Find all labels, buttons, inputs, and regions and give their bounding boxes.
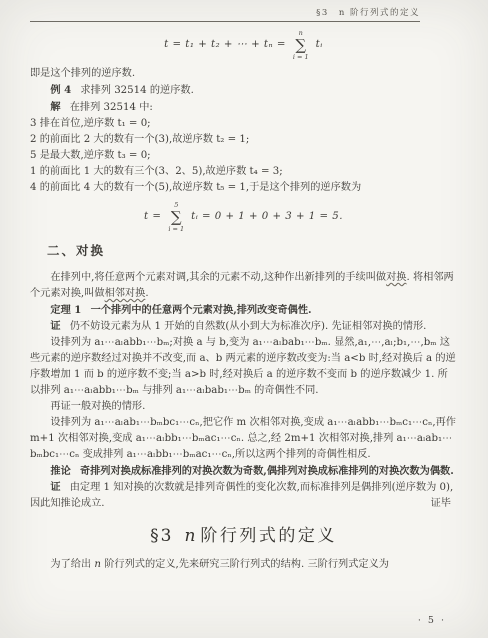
corollary-proof-text: 由定理 1 知对换的次数就是排列奇偶性的变化次数,而标准排列是偶排列(逆序数为 … <box>30 482 453 509</box>
formula-right-expression: tᵢ = 0 + 1 + 0 + 3 + 1 = 5. <box>191 209 343 225</box>
term-adjacent-transposition: 相邻对换 <box>105 288 146 299</box>
summation-symbol: n ∑ i = 1 <box>293 30 309 60</box>
running-head: §3 n 阶行列式的定义 <box>30 6 457 18</box>
corollary-label: 推论 <box>50 465 70 477</box>
intro-line: 即是这个排列的逆序数. <box>30 66 457 82</box>
inversion-step-4: 1 的前面比 1 大的数有三个(3、2、5),故逆序数 t₄ = 3; <box>30 164 457 180</box>
inversion-step-1: 3 排在首位,逆序数 t₁ = 0; <box>30 116 457 132</box>
example-4-label: 例 4 <box>50 84 71 96</box>
summation-symbol: 5 ∑ i = 1 <box>168 202 184 232</box>
formula-left-expression: t = <box>144 209 161 225</box>
inversion-step-2: 2 的前面比 2 大的数有一个(3),故逆序数 t₂ = 1; <box>30 132 457 148</box>
section-heading-transposition: 二、对换 <box>47 243 457 259</box>
proof-general-paragraph: 设排列为 a₁⋯aₗab₁⋯bₘbc₁⋯cₙ,把它作 m 次相邻对换,变成 a₁… <box>30 415 457 463</box>
formula-inversion-general: t = t₁ + t₂ + ⋯ + tₙ = n ∑ i = 1 tᵢ <box>30 30 457 60</box>
proof-label: 证 <box>50 320 60 332</box>
definition-text: 在排列中,将任意两个元素对调,其余的元素不动,这种作出新排列的手续叫做 <box>50 272 386 283</box>
page-number: · 5 · <box>418 615 446 626</box>
solution-label: 解 <box>50 101 60 113</box>
qed-mark: 证毕 <box>410 496 457 512</box>
proof-intro-line: 证仍不妨设元素为从 1 开始的自然数(从小到大为标准次序). 先证相邻对换的情形… <box>30 318 457 335</box>
theorem-1-line: 定理 1一个排列中的任意两个元素对换,排列改变奇偶性. <box>30 302 457 318</box>
example-4-line: 例 4求排列 32514 的逆序数. <box>30 82 457 99</box>
solution-text: 在排列 32514 中: <box>70 102 153 113</box>
formula-inversion-result: t = 5 ∑ i = 1 tᵢ = 0 + 1 + 0 + 3 + 1 = 5… <box>30 202 457 232</box>
term-transposition: 对换 <box>386 272 406 283</box>
example-4-text: 求排列 32514 的逆序数. <box>80 85 193 96</box>
proof-label: 证 <box>50 481 60 493</box>
corollary-line: 推论奇排列对换成标准排列的对换次数为奇数,偶排列对换成标准排列的对换次数为偶数. <box>30 463 457 479</box>
section-3-variable-n: n <box>184 526 196 546</box>
closing-text: 为了给出 <box>50 559 94 570</box>
corollary-text: 奇排列对换成标准排列的对换次数为奇数,偶排列对换成标准排列的对换次数为偶数. <box>80 465 454 477</box>
proof-intro-text: 仍不妨设元素为从 1 开始的自然数(从小到大为标准次序). 先证相邻对换的情形. <box>70 321 427 332</box>
sum-lower-limit: i = 1 <box>293 54 309 61</box>
section-3-heading: §3n阶行列式的定义 <box>30 528 457 544</box>
solution-line: 解在排列 32514 中: <box>30 99 457 116</box>
formula-right-expression: tᵢ <box>316 37 323 53</box>
book-page: §3 n 阶行列式的定义 t = t₁ + t₂ + ⋯ + tₙ = n ∑ … <box>0 0 488 638</box>
inversion-step-5: 4 的前面比 4 大的数有一个(5),故逆序数 t₅ = 1,于是这个排列的逆序… <box>30 180 457 196</box>
transposition-definition-paragraph: 在排列中,将任意两个元素对调,其余的元素不动,这种作出新排列的手续叫做对换. 将… <box>30 270 457 302</box>
closing-text: 阶行列式的定义,先来研究三阶行列式的结构. 三阶行列式定义为 <box>101 559 389 570</box>
proof-adjacent-paragraph: 设排列为 a₁⋯aₗabb₁⋯bₘ;对换 a 与 b,变为 a₁⋯aₗbab₁⋯… <box>30 335 457 399</box>
closing-paragraph: 为了给出 n 阶行列式的定义,先来研究三阶行列式的结构. 三阶行列式定义为 <box>30 557 457 573</box>
proof-general-intro-line: 再证一般对换的情形. <box>30 399 457 415</box>
sigma-icon: ∑ <box>295 38 306 53</box>
section-3-title-text: 阶行列式的定义 <box>200 526 337 546</box>
corollary-proof-paragraph: 证由定理 1 知对换的次数就是排列奇偶性的变化次数,而标准排列是偶排列(逆序数为… <box>30 479 457 512</box>
formula-left-expression: t = t₁ + t₂ + ⋯ + tₙ = <box>164 37 286 53</box>
definition-text: . <box>145 288 148 299</box>
section-3-number: §3 <box>150 526 173 546</box>
header-rule <box>30 21 420 22</box>
theorem-1-text: 一个排列中的任意两个元素对换,排列改变奇偶性. <box>91 304 312 316</box>
theorem-1-label: 定理 1 <box>50 304 81 316</box>
sigma-icon: ∑ <box>171 210 182 225</box>
inversion-step-3: 5 是最大数,逆序数 t₃ = 0; <box>30 148 457 164</box>
page-body: t = t₁ + t₂ + ⋯ + tₙ = n ∑ i = 1 tᵢ 即是这个… <box>30 30 457 573</box>
sum-lower-limit: i = 1 <box>168 226 184 233</box>
